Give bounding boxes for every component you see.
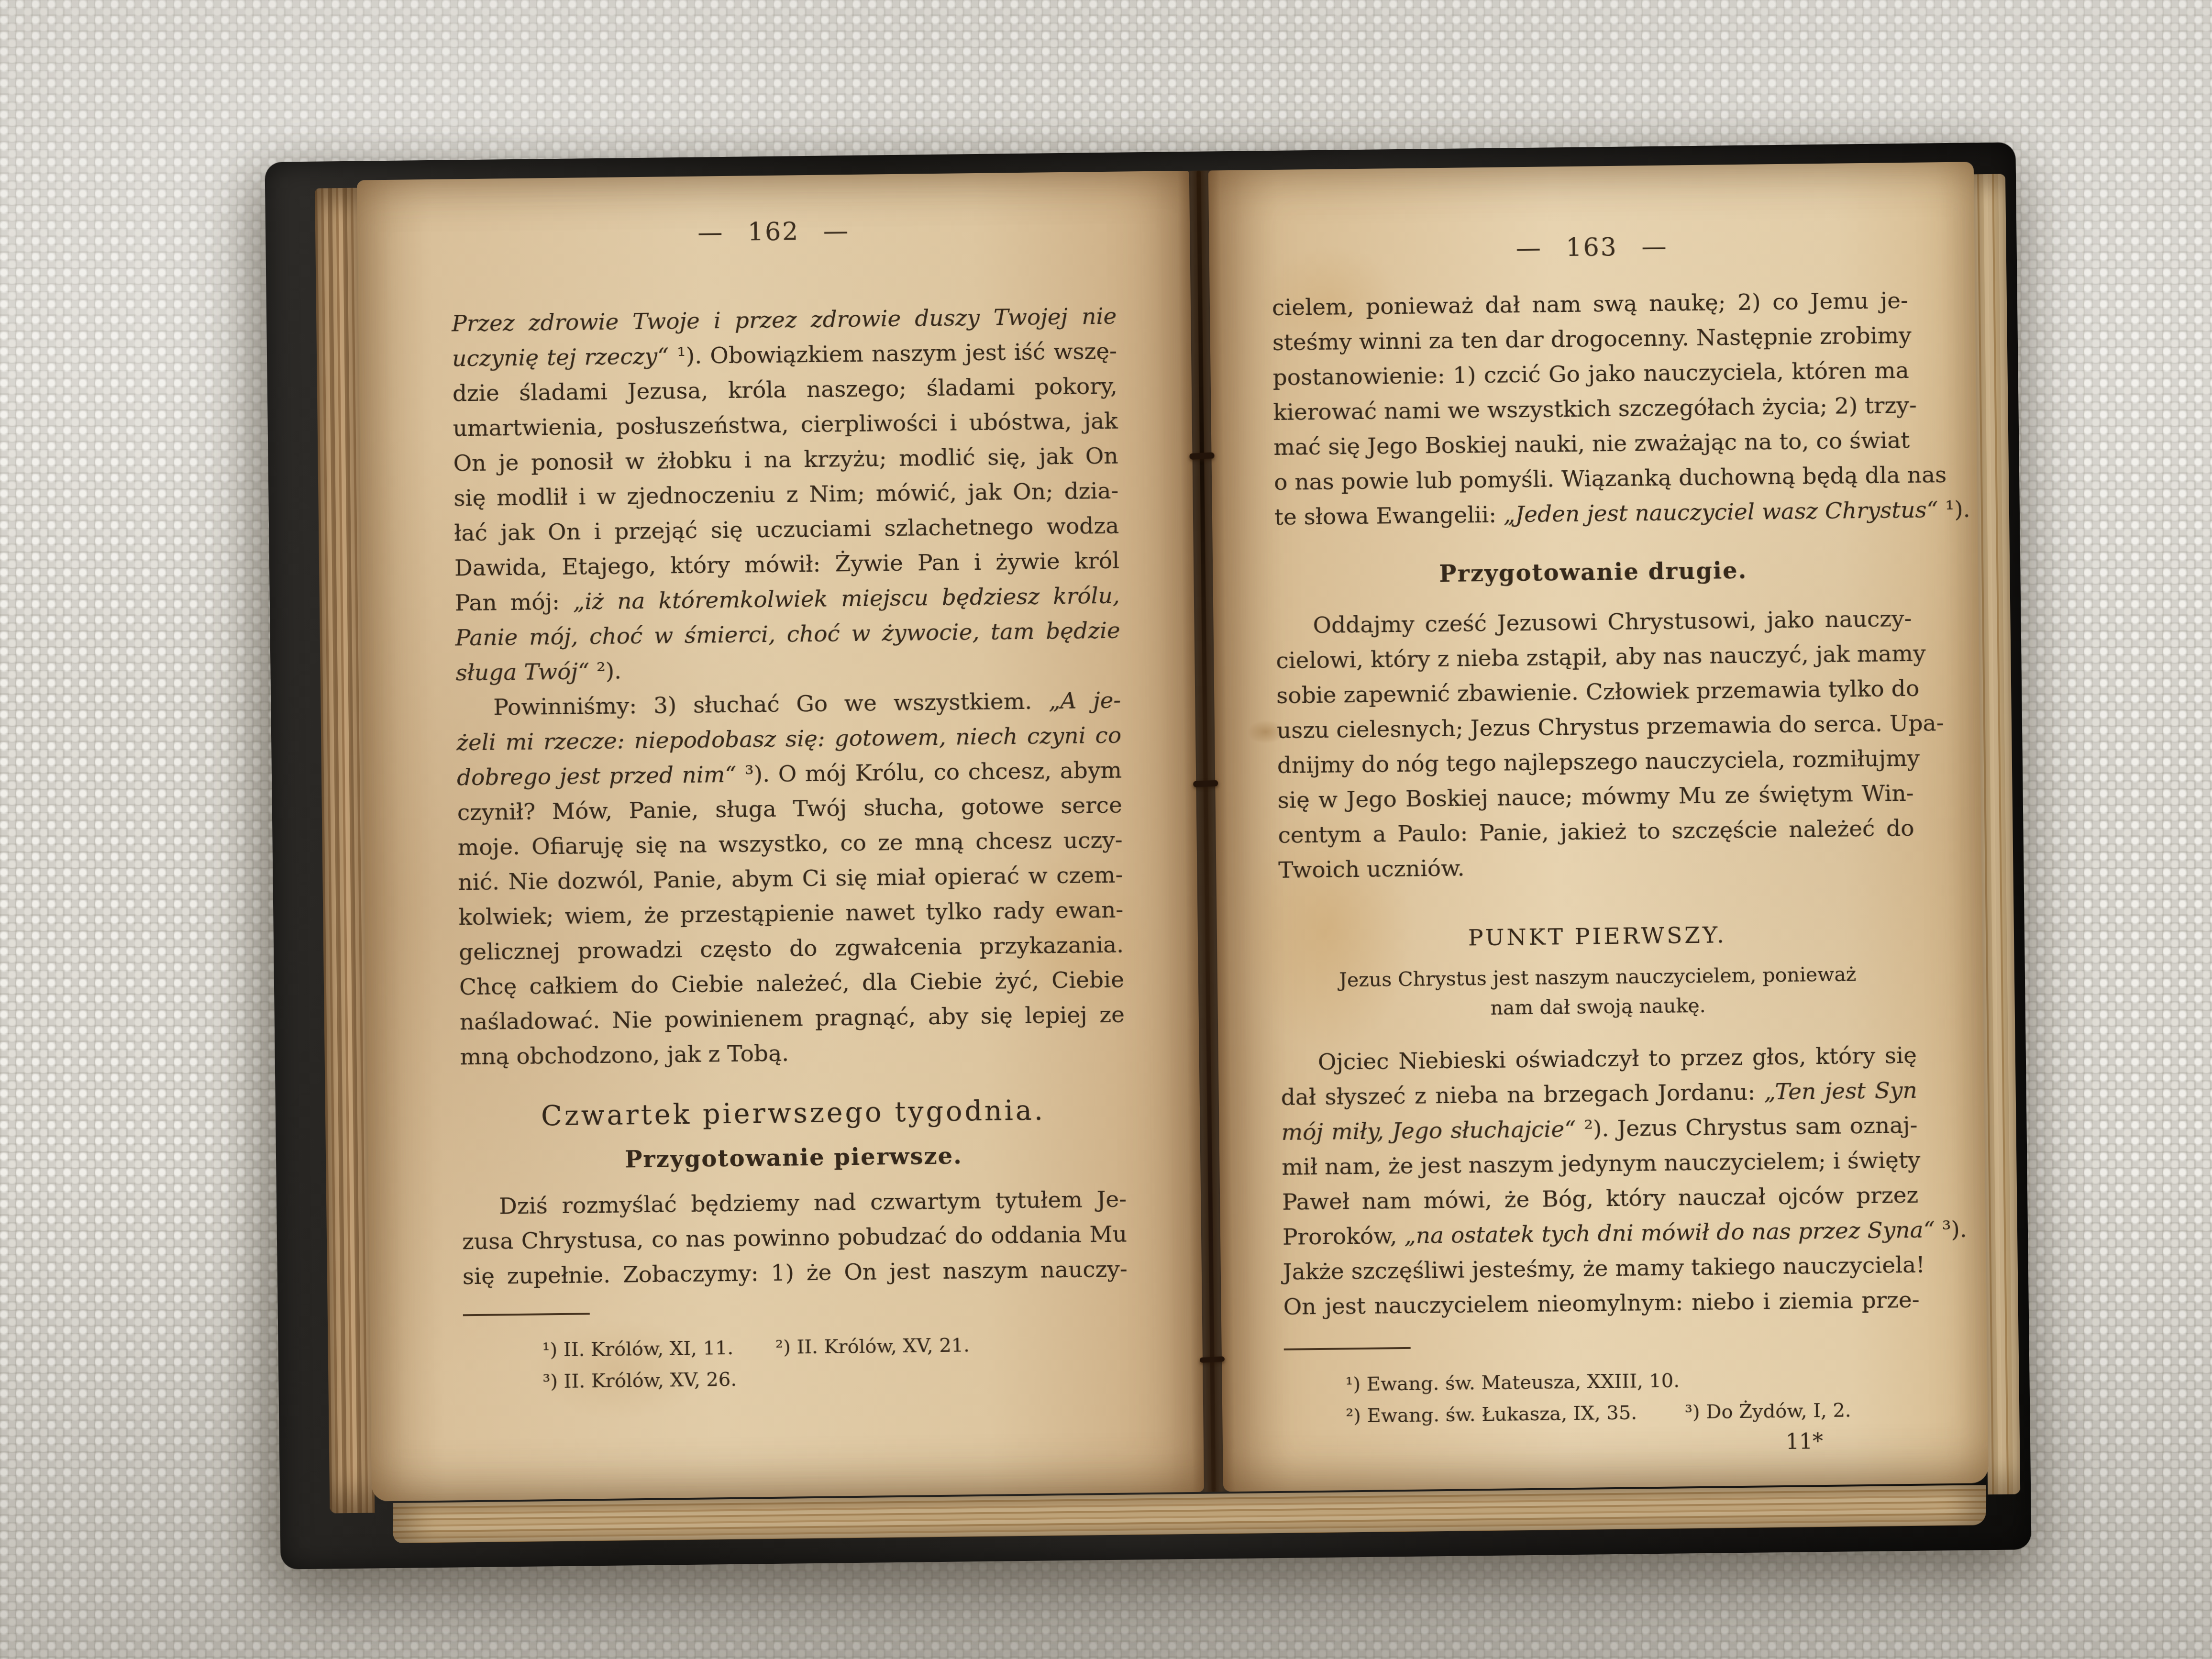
binding-stitch — [1189, 452, 1215, 459]
text-segment: On je ponosił w żłobku i na krzyżu; modl… — [453, 443, 1118, 477]
footnotes-right: ¹) Ewang. św. Mateusza, XXIII, 10.²) Ewa… — [1284, 1362, 1921, 1433]
text-segment: mać się Jego Boskiej nauki, nie zważając… — [1273, 427, 1910, 461]
gutter-crack — [1196, 171, 1216, 1492]
text-segment: Przez zdrowie Twoje i przez zdrowie dusz… — [452, 303, 1117, 337]
text-segment: sługa Twój“ — [455, 658, 597, 686]
text-segment: „A je- — [1049, 687, 1121, 715]
text-segment: Proroków, — [1283, 1223, 1405, 1250]
text-segment: steśmy winni za ten dar drogocenny. Nast… — [1272, 322, 1912, 356]
text-segment: się modlił i w zjednoczeniu z Nim; mówić… — [453, 478, 1119, 512]
footnote: ³) Do Żydów, I, 2. — [1685, 1394, 1851, 1428]
text-segment: kolwiek; wiem, że przestąpienie nawet ty… — [458, 897, 1124, 931]
text-segment: uczynię tej rzeczy“ — [452, 343, 677, 372]
text-line: się zupełnie. Zobaczymy: 1) że On jest n… — [462, 1252, 1128, 1294]
section-heading: Czwartek pierwszego tygodnia. — [461, 1094, 1126, 1133]
binding-stitch — [1193, 780, 1218, 787]
text-segment: ²). — [597, 658, 622, 685]
text-segment: Twoich uczniów. — [1278, 855, 1465, 883]
page-left: — 162 — Przez zdrowie Twoje i przez zdro… — [357, 171, 1204, 1502]
text-segment: Panie mój, choć w śmierci, choć w żywoci… — [455, 618, 1120, 652]
text-segment: żeli mi rzecze: niepodobasz się: gotowem… — [456, 722, 1122, 756]
page-left-content: — 162 — Przez zdrowie Twoje i przez zdro… — [357, 171, 1204, 1502]
section-subheading: Jezus Chrystus jest naszym nauczycielem,… — [1280, 959, 1916, 1025]
text-line: centym a Paulo: Panie, jakież to szczęśc… — [1278, 811, 1914, 853]
footnote-block-right: ¹) Ewang. św. Mateusza, XXIII, 10.²) Ewa… — [1284, 1341, 1922, 1460]
text-segment: naśladować. Nie powinienem pragnąć, aby … — [460, 1002, 1125, 1036]
footnote: ¹) II. Królów, XI, 11. — [542, 1332, 733, 1366]
footnote: ²) Ewang. św. Łukasza, IX, 35. — [1346, 1397, 1637, 1432]
text-segment: się zupełnie. Zobaczymy: 1) że On jest n… — [463, 1256, 1128, 1290]
text-segment: cielowi, który z nieba zstąpił, aby nas … — [1276, 641, 1926, 674]
text-segment: umartwienia, posłuszeństwa, cierpliwości… — [453, 408, 1118, 442]
binding-stitch — [1200, 1356, 1225, 1362]
text-segment: Ojciec Niebieski oświadczył to przez gło… — [1318, 1042, 1917, 1075]
footnote-block-left: ¹) II. Królów, XI, 11.²) II. Królów, XV,… — [463, 1307, 1129, 1399]
text-segment: Dawida, Etajego, który mówił: Żywie Pan … — [454, 548, 1120, 582]
text-segment: dzie śladami Jezusa, króla naszego; ślad… — [453, 373, 1118, 407]
text-line: Twoich uczniów. — [1278, 846, 1915, 888]
text-segment: ¹). Obowiązkiem naszym jest iść wszę- — [677, 338, 1117, 369]
text-segment: dnijmy do nóg tego najlepszego nauczycie… — [1277, 745, 1920, 779]
paragraph: Oddajmy cześć Jezusowi Chrystusowi, jako… — [1275, 601, 1915, 888]
page-right-text: cielem, ponieważ dał nam swą naukę; 2) c… — [1272, 283, 1920, 1325]
section-heading: PUNKT PIERWSZY. — [1279, 920, 1916, 953]
paragraph: Powinniśmy: 3) słuchać Go we wszystkiem.… — [456, 683, 1125, 1075]
text-segment: Pan mój: — [455, 589, 574, 617]
text-segment: czynił? Mów, Panie, sługa Twój słucha, g… — [457, 792, 1123, 826]
text-segment: zusa Chrystusa, co nas powinno pobudzać … — [462, 1221, 1128, 1255]
text-segment: ²). Jezus Chrystus sam oznaj- — [1584, 1112, 1918, 1142]
text-segment: gelicznej prowadzi często do zgwałcenia … — [459, 932, 1124, 966]
text-segment: Chcę całkiem do Ciebie należeć, dla Cieb… — [459, 967, 1125, 1001]
text-segment: cielem, ponieważ dał nam swą naukę; 2) c… — [1272, 288, 1909, 321]
text-segment: łać jak On i przejąć się uczuciami szlac… — [454, 513, 1119, 547]
text-segment: ³). O mój Królu, co chcesz, abym — [745, 757, 1122, 788]
footnotes-left: ¹) II. Królów, XI, 11.²) II. Królów, XV,… — [463, 1328, 1128, 1399]
text-line: On jest nauczycielem nieomylnym: niebo i… — [1283, 1283, 1920, 1325]
text-segment: dał słyszeć z nieba na brzegach Jordanu: — [1281, 1079, 1764, 1110]
footnote: ³) II. Królów, XV, 26. — [542, 1364, 737, 1398]
text-segment: postanowienie: 1) czcić Go jako nauczyci… — [1272, 357, 1909, 391]
photo-scene: — 162 — Przez zdrowie Twoje i przez zdro… — [0, 0, 2212, 1659]
text-segment: dobrego jest przed nim“ — [457, 762, 745, 791]
text-segment: o nas powie lub pomyśli. Wiązanką duchow… — [1274, 462, 1947, 496]
text-segment: „Ten jest Syn — [1764, 1077, 1917, 1106]
text-segment: nić. Nie dozwól, Panie, abym Ci się miał… — [458, 862, 1123, 896]
footnote-rule — [463, 1313, 590, 1316]
text-segment: Dziś rozmyślać będziemy nad czwartym tyt… — [499, 1186, 1127, 1220]
paragraph: Dziś rozmyślać będziemy nad czwartym tyt… — [462, 1182, 1128, 1294]
page-right: — 163 — cielem, ponieważ dał nam swą nau… — [1208, 162, 1989, 1492]
text-segment: „iż na któremkolwiek miejscu będziesz kr… — [573, 583, 1120, 615]
text-segment: On jest nauczycielem nieomylnym: niebo i… — [1283, 1287, 1920, 1320]
text-segment: sobie zapewnić zbawienie. Człowiek przem… — [1276, 675, 1920, 709]
text-segment: „Jeden jest nauczyciel wasz Chrystus“ — [1504, 497, 1938, 528]
text-segment: mił nam, że jest naszym jedynym nauczyci… — [1282, 1147, 1921, 1181]
footnote: ¹) Ewang. św. Mateusza, XXIII, 10. — [1345, 1365, 1680, 1400]
page-right-content: — 163 — cielem, ponieważ dał nam swą nau… — [1208, 162, 1989, 1492]
text-segment: Powinniśmy: 3) słuchać Go we wszystkiem. — [493, 688, 1049, 720]
paragraph: Przez zdrowie Twoje i przez zdrowie dusz… — [452, 299, 1121, 691]
page-left-text: Przez zdrowie Twoje i przez zdrowie dusz… — [452, 299, 1128, 1294]
footnote-row: ²) Ewang. św. Łukasza, IX, 35.³) Do Żydó… — [1284, 1394, 1921, 1433]
text-segment: kierować nami we wszystkich szczegółach … — [1273, 392, 1917, 426]
text-segment: te słowa Ewangelii: — [1274, 502, 1504, 531]
text-segment: „na ostatek tych dni mówił do nas przez … — [1404, 1217, 1935, 1249]
text-segment: centym a Paulo: Panie, jakież to szczęśc… — [1278, 815, 1914, 849]
text-segment: ³). — [1935, 1217, 1967, 1243]
signature-mark: 11* — [1285, 1428, 1921, 1460]
page-number-left: — 162 — — [357, 171, 1190, 251]
section-heading: Przygotowanie drugie. — [1275, 555, 1912, 589]
open-book: — 162 — Przez zdrowie Twoje i przez zdro… — [265, 142, 2031, 1569]
text-line: te słowa Ewangelii: „Jeden jest nauczyci… — [1274, 493, 1911, 535]
footnote: ²) II. Królów, XV, 21. — [775, 1329, 970, 1363]
text-segment: Paweł nam mówi, że Bóg, który nauczał oj… — [1282, 1182, 1919, 1216]
section-heading: Przygotowanie pierwsze. — [461, 1141, 1127, 1175]
text-line: mną obchodzono, jak z Tobą. — [460, 1032, 1125, 1075]
page-number-right: — 163 — — [1208, 162, 1975, 266]
footnote-rule — [1284, 1347, 1411, 1350]
text-segment: się w Jego Boskiej nauce; mówmy Mu ze św… — [1277, 780, 1914, 814]
text-segment: Oddajmy cześć Jezusowi Chrystusowi, jako… — [1313, 606, 1912, 639]
paragraph: cielem, ponieważ dał nam swą naukę; 2) c… — [1272, 283, 1911, 535]
paragraph: Ojciec Niebieski oświadczył to przez gło… — [1281, 1038, 1920, 1325]
text-segment: moje. Ofiaruję się na wszystko, co ze mn… — [457, 827, 1123, 861]
text-segment: Jakże szczęśliwi jesteśmy, że mamy takie… — [1283, 1252, 1925, 1285]
text-segment: mój miły, Jego słuchajcie“ — [1281, 1116, 1584, 1146]
text-segment: ¹). — [1938, 496, 1970, 523]
text-segment: uszu cielesnych; Jezus Chrystus przemawi… — [1277, 710, 1944, 744]
photo-of-open-book: { "palette":{ "fabric":"#d2cfc8", "cover… — [0, 0, 2212, 1659]
text-segment: mną obchodzono, jak z Tobą. — [460, 1040, 789, 1071]
